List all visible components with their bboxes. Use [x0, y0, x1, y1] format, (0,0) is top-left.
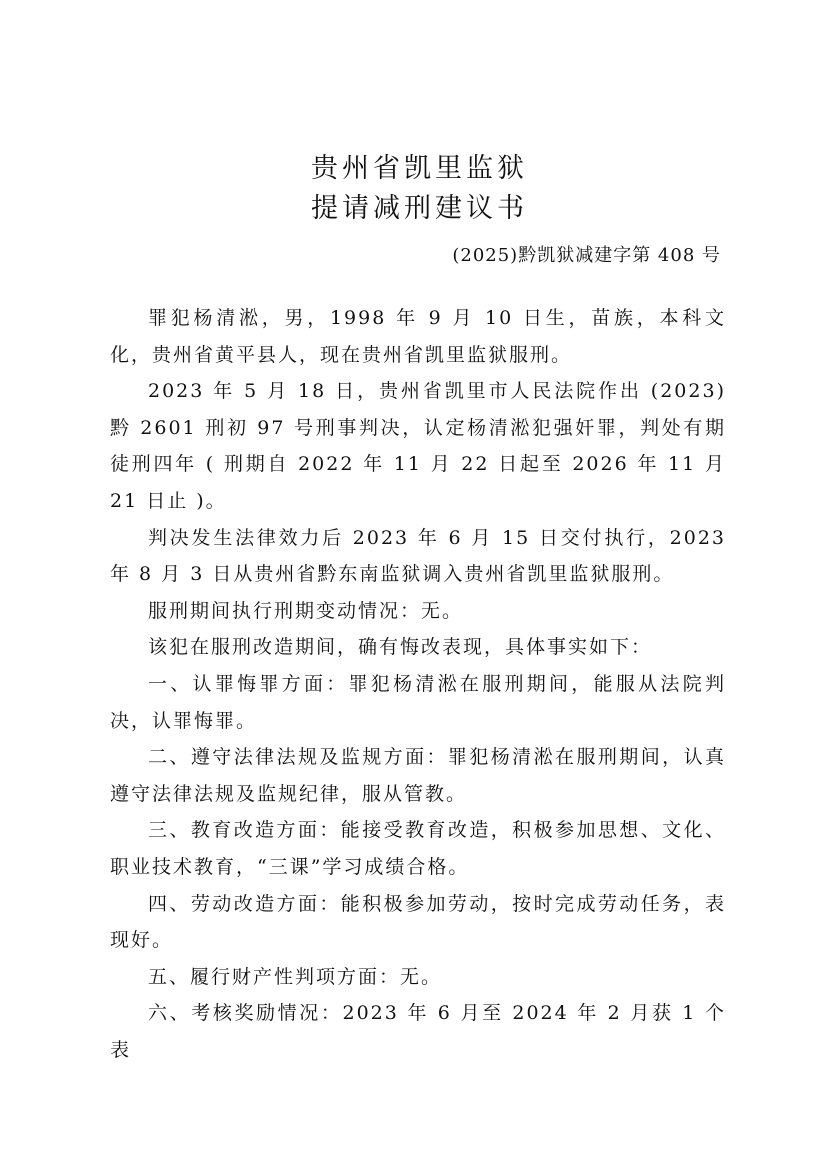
paragraph-prisoner-info: 罪犯杨清淞，男，1998 年 9 月 10 日生，苗族，本科文化，贵州省黄平县人…: [110, 300, 726, 373]
document-title-line2: 提请减刑建议书: [6, 186, 827, 225]
paragraph-judgment: 2023 年 5 月 18 日，贵州省凯里市人民法院作出 (2023) 黔 26…: [110, 373, 726, 519]
paragraph-item-3: 三、教育改造方面：能接受教育改造，积极参加思想、文化、职业技术教育，“三课”学习…: [110, 812, 726, 885]
paragraph-sentence-change: 服刑期间执行刑期变动情况：无。: [110, 593, 726, 630]
document-body: 罪犯杨清淞，男，1998 年 9 月 10 日生，苗族，本科文化，贵州省黄平县人…: [110, 300, 726, 1068]
document-title-line1: 贵州省凯里监狱: [6, 146, 827, 185]
paragraph-item-2: 二、遵守法律法规及监规方面：罪犯杨清淞在服刑期间，认真遵守法律法规及监规纪律，服…: [110, 739, 726, 812]
paragraph-execution: 判决发生法律效力后 2023 年 6 月 15 日交付执行，2023 年 8 月…: [110, 520, 726, 593]
paragraph-item-6: 六、考核奖励情况：2023 年 6 月至 2024 年 2 月获 1 个表: [110, 995, 726, 1068]
paragraph-item-1: 一、认罪悔罪方面：罪犯杨清淞在服刑期间，能服从法院判决，认罪悔罪。: [110, 666, 726, 739]
paragraph-item-4: 四、劳动改造方面：能积极参加劳动，按时完成劳动任务，表现好。: [110, 886, 726, 959]
paragraph-repentance-intro: 该犯在服刑改造期间，确有悔改表现，具体事实如下：: [110, 629, 726, 666]
document-page: 贵州省凯里监狱 提请减刑建议书 (2025)黔凯狱减建字第 408 号 罪犯杨清…: [0, 0, 827, 1169]
paragraph-item-5: 五、履行财产性判项方面：无。: [110, 959, 726, 996]
document-number: (2025)黔凯狱减建字第 408 号: [452, 241, 721, 267]
